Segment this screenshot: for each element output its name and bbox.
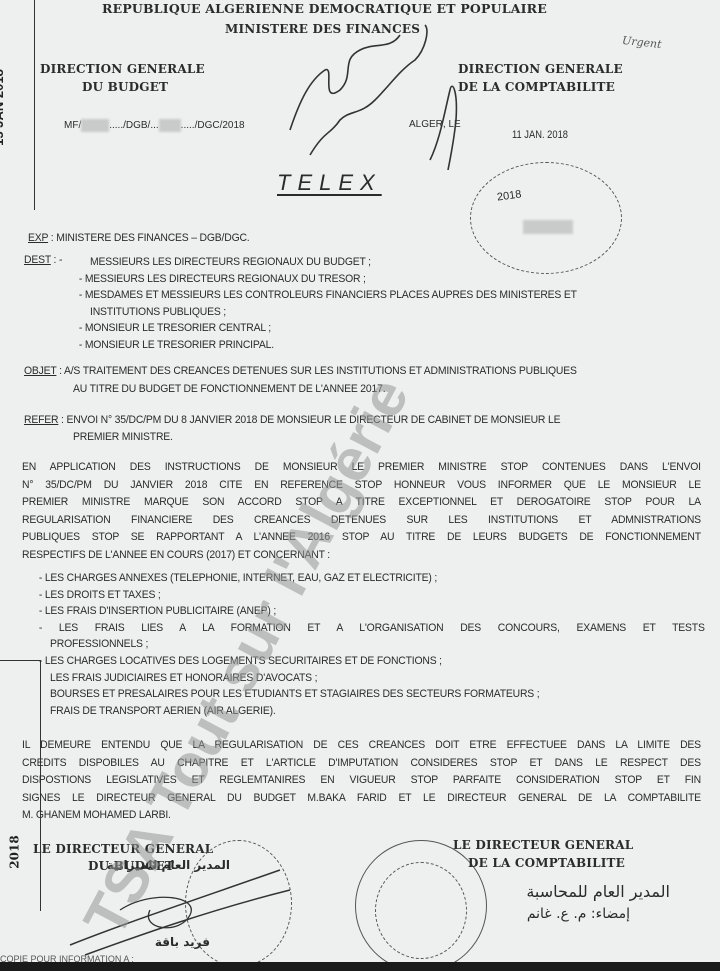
refer-line2: PREMIER MINISTRE.: [73, 431, 173, 443]
dest-label: DEST: [24, 254, 51, 266]
redacted-block: [523, 220, 573, 234]
charge-item: PROFESSIONNELS ;: [50, 636, 682, 653]
paragraph-line: REGULARISATION FINANCIERE DES CREANCES D…: [22, 512, 701, 530]
dest-item: MESDAMES ET MESSIEURS LES CONTROLEURS FI…: [90, 287, 720, 304]
handwritten-annotation: [280, 20, 460, 170]
signature-right-arabic-title: المدير العام للمحاسبة: [480, 882, 670, 901]
dgb-heading-line2: DU BUDGET: [82, 80, 168, 94]
telex-document: 15 JAN 2018 2018 REPUBLIQUE ALGERIENNE D…: [0, 0, 720, 962]
body-paragraph-2: IL DEMEURE ENTENDU QUE LA REGULARISATION…: [22, 737, 701, 825]
paragraph-line: PREMIER MINISTRE MARQUE SON ACCORD STOP …: [22, 494, 701, 512]
paragraph-line: M. GHANEM MOHAMED LARBI.: [22, 807, 701, 825]
official-seal-right-inner: [375, 862, 467, 959]
paragraph-line: IL DEMEURE ENTENDU QUE LA REGULARISATION…: [22, 737, 701, 755]
redacted-block: [81, 119, 109, 132]
reference-mid: ...../DGB/...: [109, 120, 158, 131]
refer-line1: REFER : ENVOI N° 35/DC/PM DU 8 JANVIER 2…: [24, 414, 560, 426]
refer-label: REFER: [24, 414, 58, 426]
document-date: 11 JAN. 2018: [512, 129, 568, 141]
paragraph-line: DISPOSTIONS LEGISLATIVES ET REGLEMTANIRE…: [22, 772, 701, 790]
dest-item: MESSIEURS LES DIRECTEURS REGIONAUX DU BU…: [90, 254, 720, 271]
dgc-heading-line1: DIRECTION GENERALE: [458, 62, 623, 76]
reference-prefix: MF/: [64, 120, 81, 131]
paragraph-line: SIGNES LE DIRECTEUR GENERAL DU BUDGET M.…: [22, 790, 701, 808]
objet-label: OBJET: [24, 365, 56, 377]
paragraph-line: RESPECTIFS DE L'ANNEE EN COURS (2017) ET…: [22, 547, 701, 565]
reference-suffix: ...../DGC/2018: [181, 120, 245, 131]
charge-item: LES DROITS ET TAXES ;: [50, 587, 682, 604]
charge-item: FRAIS DE TRANSPORT AERIEN (AIR ALGERIE).: [50, 703, 682, 720]
charge-item: LES CHARGES ANNEXES (TELEPHONIE, INTERNE…: [50, 570, 682, 587]
ministry-heading: MINISTERE DES FINANCES: [225, 22, 420, 36]
charge-item: LES FRAIS JUDICIAIRES ET HONORAIRES D'AV…: [50, 670, 682, 687]
refer-text: : ENVOI N° 35/DC/PM DU 8 JANVIER 2018 DE…: [61, 414, 560, 426]
charge-item: LES CHARGES LOCATIVES DES LOGEMENTS SECU…: [50, 653, 682, 670]
signature-left-title1: LE DIRECTEUR GENERAL: [33, 842, 213, 856]
dgb-heading-line1: DIRECTION GENERALE: [40, 62, 205, 76]
receipt-stamp-year: 2018: [8, 835, 22, 868]
paragraph-line: EN APPLICATION DES INSTRUCTIONS DE MONSI…: [22, 459, 701, 477]
copy-for-information: COPIE POUR INFORMATION A :: [0, 954, 134, 962]
dest-item: MESSIEURS LES DIRECTEURS REGIONAUX DU TR…: [90, 271, 720, 288]
document-type-title: TELEX: [277, 170, 382, 196]
dest-label-wrap: DEST : -: [24, 254, 62, 266]
paragraph-line: PUBLIQUES STOP SE RAPPORTANT A L'ANNEE 2…: [22, 529, 701, 547]
signature-right-arabic-sign: إمضاء: م. ع. غانم: [480, 906, 630, 922]
republic-heading: REPUBLIQUE ALGERIENNE DEMOCRATIQUE ET PO…: [102, 1, 547, 16]
dest-item: INSTITUTIONS PUBLIQUES ;: [90, 304, 720, 321]
charge-item: LES FRAIS LIES A LA FORMATION ET A L'ORG…: [50, 620, 705, 637]
body-paragraph-1: EN APPLICATION DES INSTRUCTIONS DE MONSI…: [22, 459, 701, 565]
reference-number: MF/...../DGB/......../DGC/2018: [64, 119, 245, 132]
dgc-heading-line2: DE LA COMPTABILITE: [458, 80, 615, 94]
redacted-block: [159, 119, 181, 132]
paragraph-line: CREDITS DISPOBILES AU CHAPITRE ET L'ARTI…: [22, 755, 701, 773]
signature-right-title1: LE DIRECTEUR GENERAL: [453, 838, 633, 852]
handwritten-urgent-note: Urgent: [621, 34, 662, 51]
place-label: ALGER, LE: [409, 119, 461, 130]
dest-list: MESSIEURS LES DIRECTEURS REGIONAUX DU BU…: [90, 254, 720, 354]
charges-list: LES CHARGES ANNEXES (TELEPHONIE, INTERNE…: [50, 570, 682, 719]
exp-label: EXP: [28, 232, 48, 244]
exp-value: : MINISTERE DES FINANCES – DGB/DGC.: [51, 232, 250, 244]
bottom-edge: [0, 962, 720, 971]
objet-line2: AU TITRE DU BUDGET DE FONCTIONNEMENT DE …: [73, 383, 385, 395]
dest-item: MONSIEUR LE TRESORIER CENTRAL ;: [90, 320, 720, 337]
objet-text: : A/S TRAITEMENT DES CREANCES DETENUES S…: [59, 365, 577, 377]
paragraph-line: N° 35/DC/PM DU JANVIER 2018 CITE EN REFE…: [22, 477, 701, 495]
objet-line1: OBJET : A/S TRAITEMENT DES CREANCES DETE…: [24, 365, 577, 377]
receipt-stamp-date: 15 JAN 2018: [0, 69, 6, 146]
official-seal-left: [185, 840, 292, 962]
dest-item: MONSIEUR LE TRESORIER PRINCIPAL.: [90, 337, 720, 354]
charge-item: LES FRAIS D'INSERTION PUBLICITAIRE (ANEP…: [50, 603, 682, 620]
signature-right-title2: DE LA COMPTABILITE: [468, 856, 625, 870]
exp-line: EXP : MINISTERE DES FINANCES – DGB/DGC.: [28, 232, 250, 244]
charge-item: BOURSES ET PRESALAIRES POUR LES ETUDIANT…: [50, 686, 682, 703]
